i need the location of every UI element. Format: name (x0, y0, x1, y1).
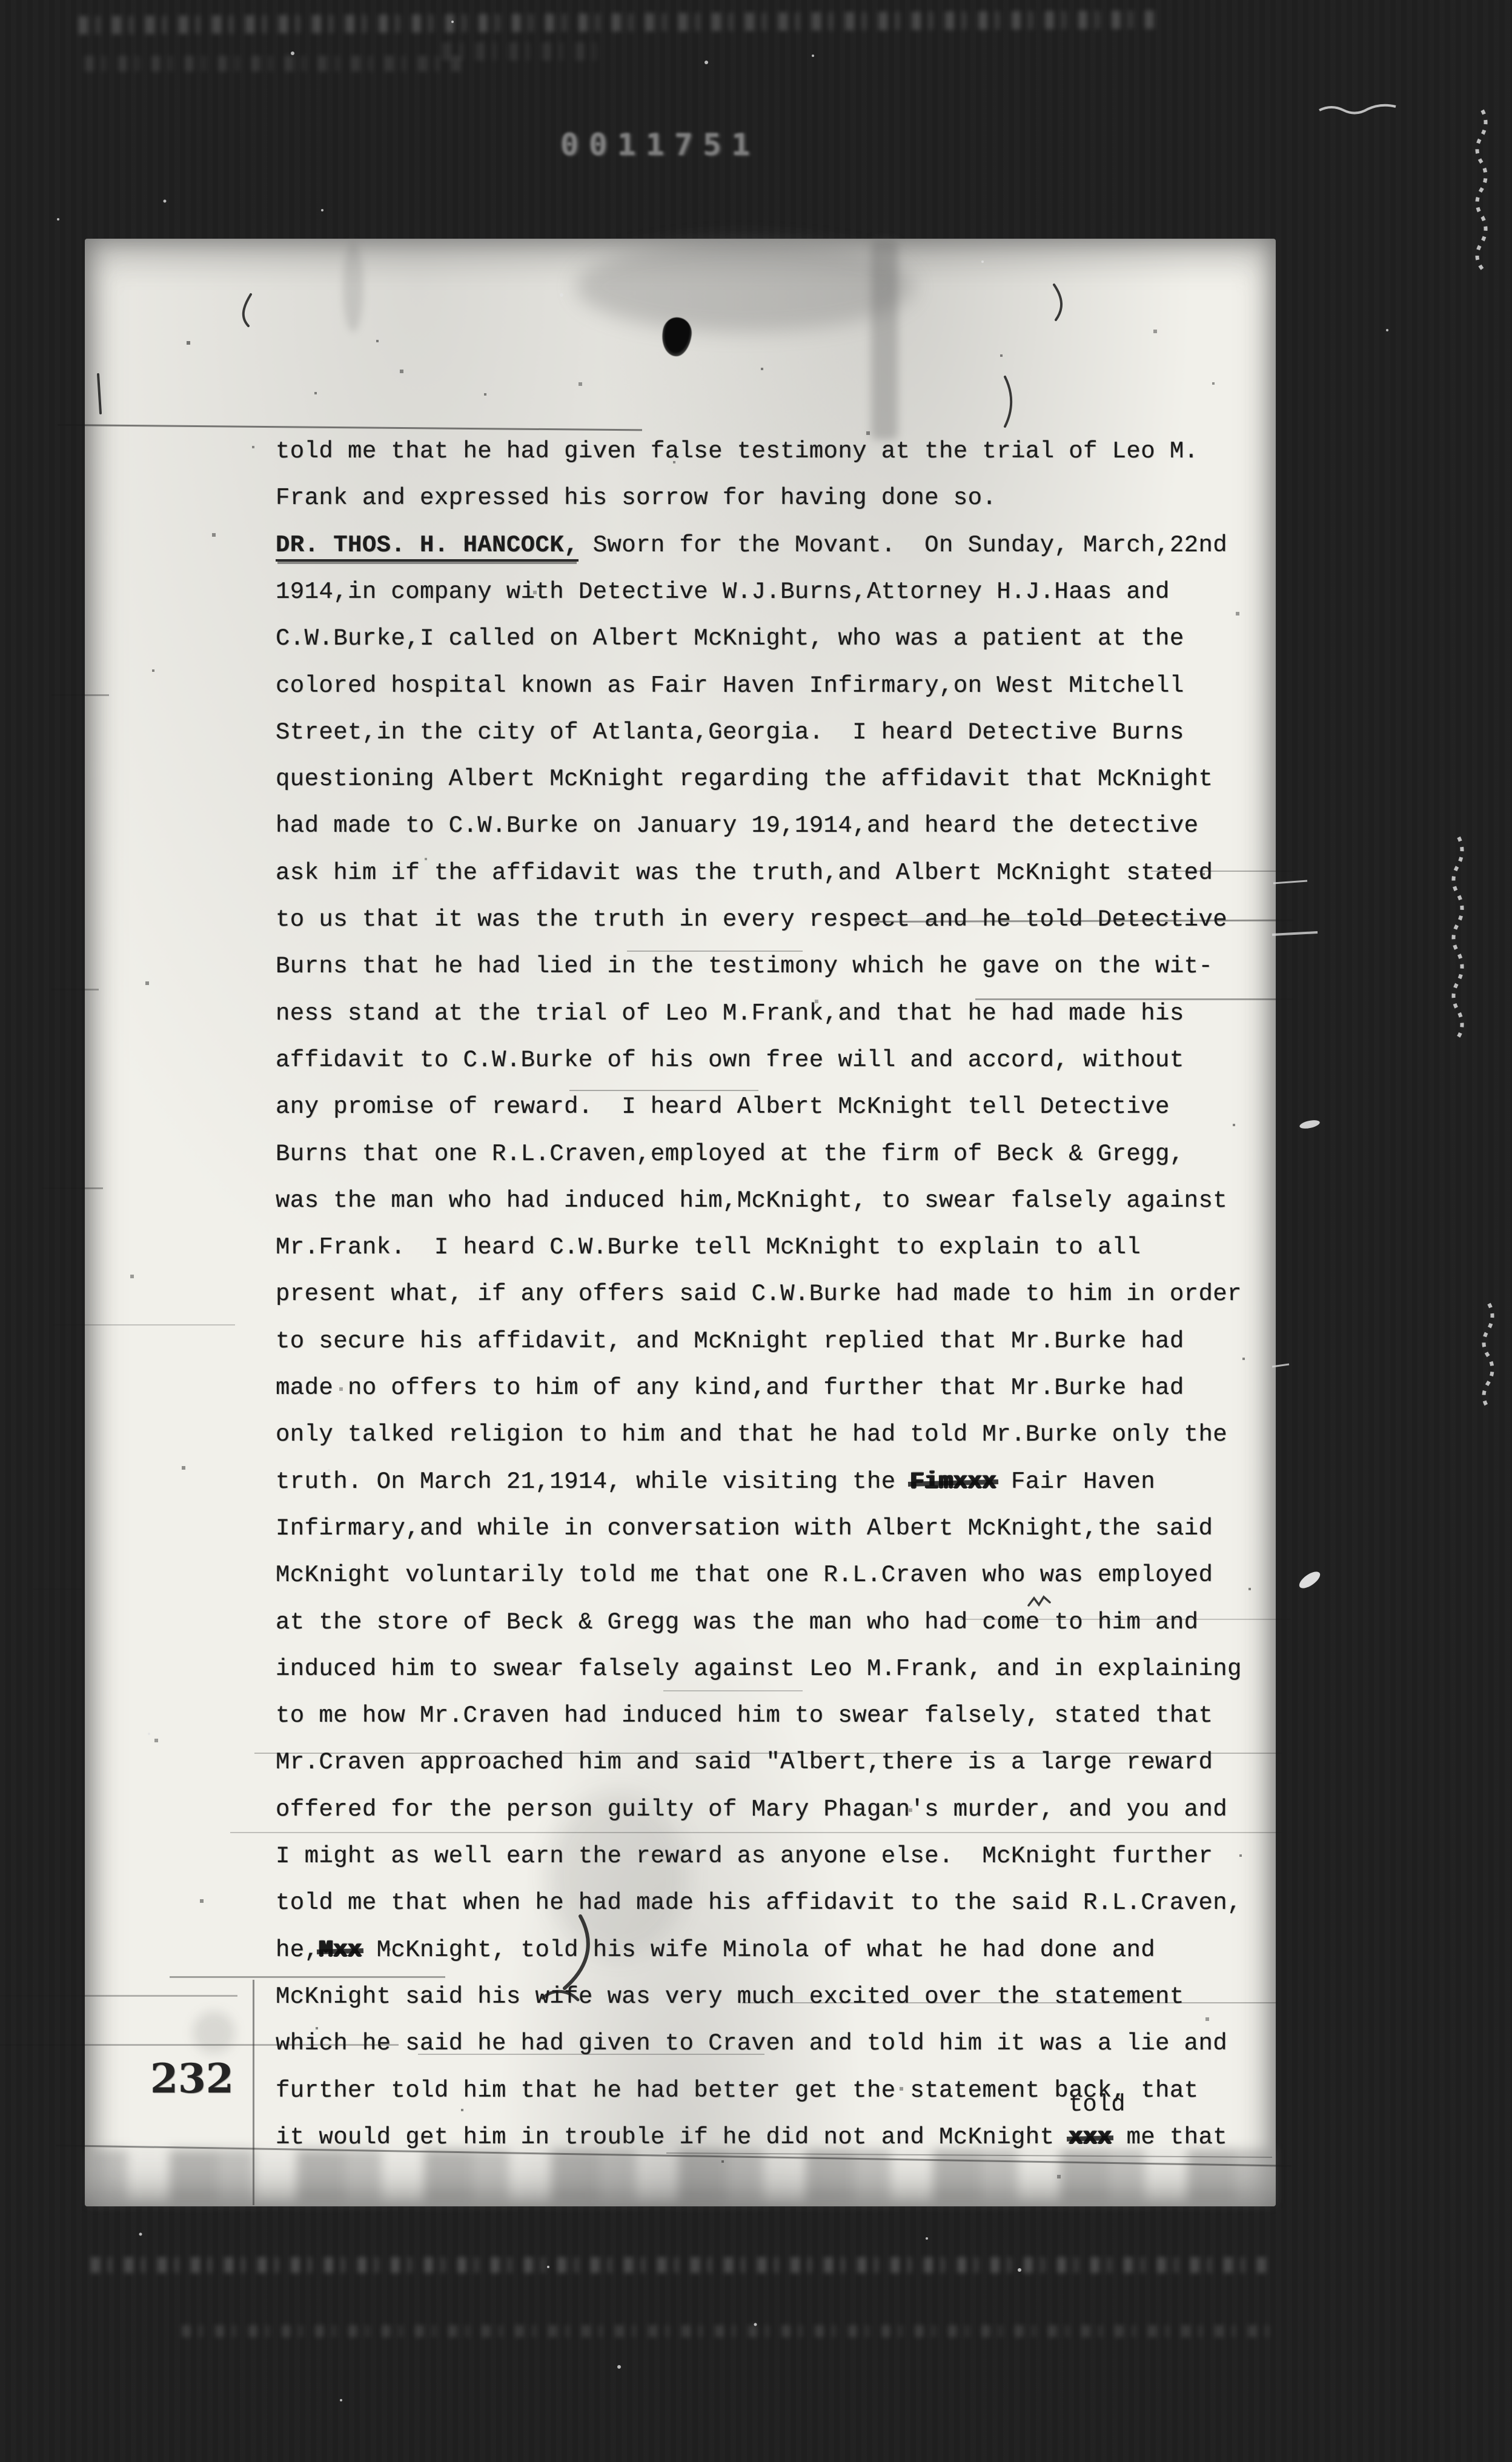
pen-paren-right-2 (1005, 377, 1011, 426)
handwritten-marks (98, 285, 1061, 2000)
top-right-scribble (1319, 105, 1396, 113)
film-edge-squiggles (1319, 105, 1493, 1409)
edge-squiggle-2 (1453, 837, 1462, 1038)
pen-paren-right (1054, 285, 1061, 320)
microfilm-scan: { "film": { "frame_stamp": "0011751" }, … (0, 0, 1512, 2462)
film-bright-defect (1299, 1119, 1321, 1130)
pen-stroke-through-his (565, 1916, 588, 1988)
pen-stroke-hook (543, 1991, 578, 2000)
pen-w-mark (1029, 1597, 1050, 1605)
film-artifacts-overlay (0, 0, 1512, 2462)
film-comet-defect (1296, 1568, 1322, 1591)
film-white-specks (57, 21, 1388, 2401)
edge-squiggle-1 (1477, 110, 1485, 269)
edge-squiggle-3 (1484, 1304, 1492, 1409)
pen-tick-left (98, 374, 101, 413)
pen-paren-left (244, 294, 251, 326)
